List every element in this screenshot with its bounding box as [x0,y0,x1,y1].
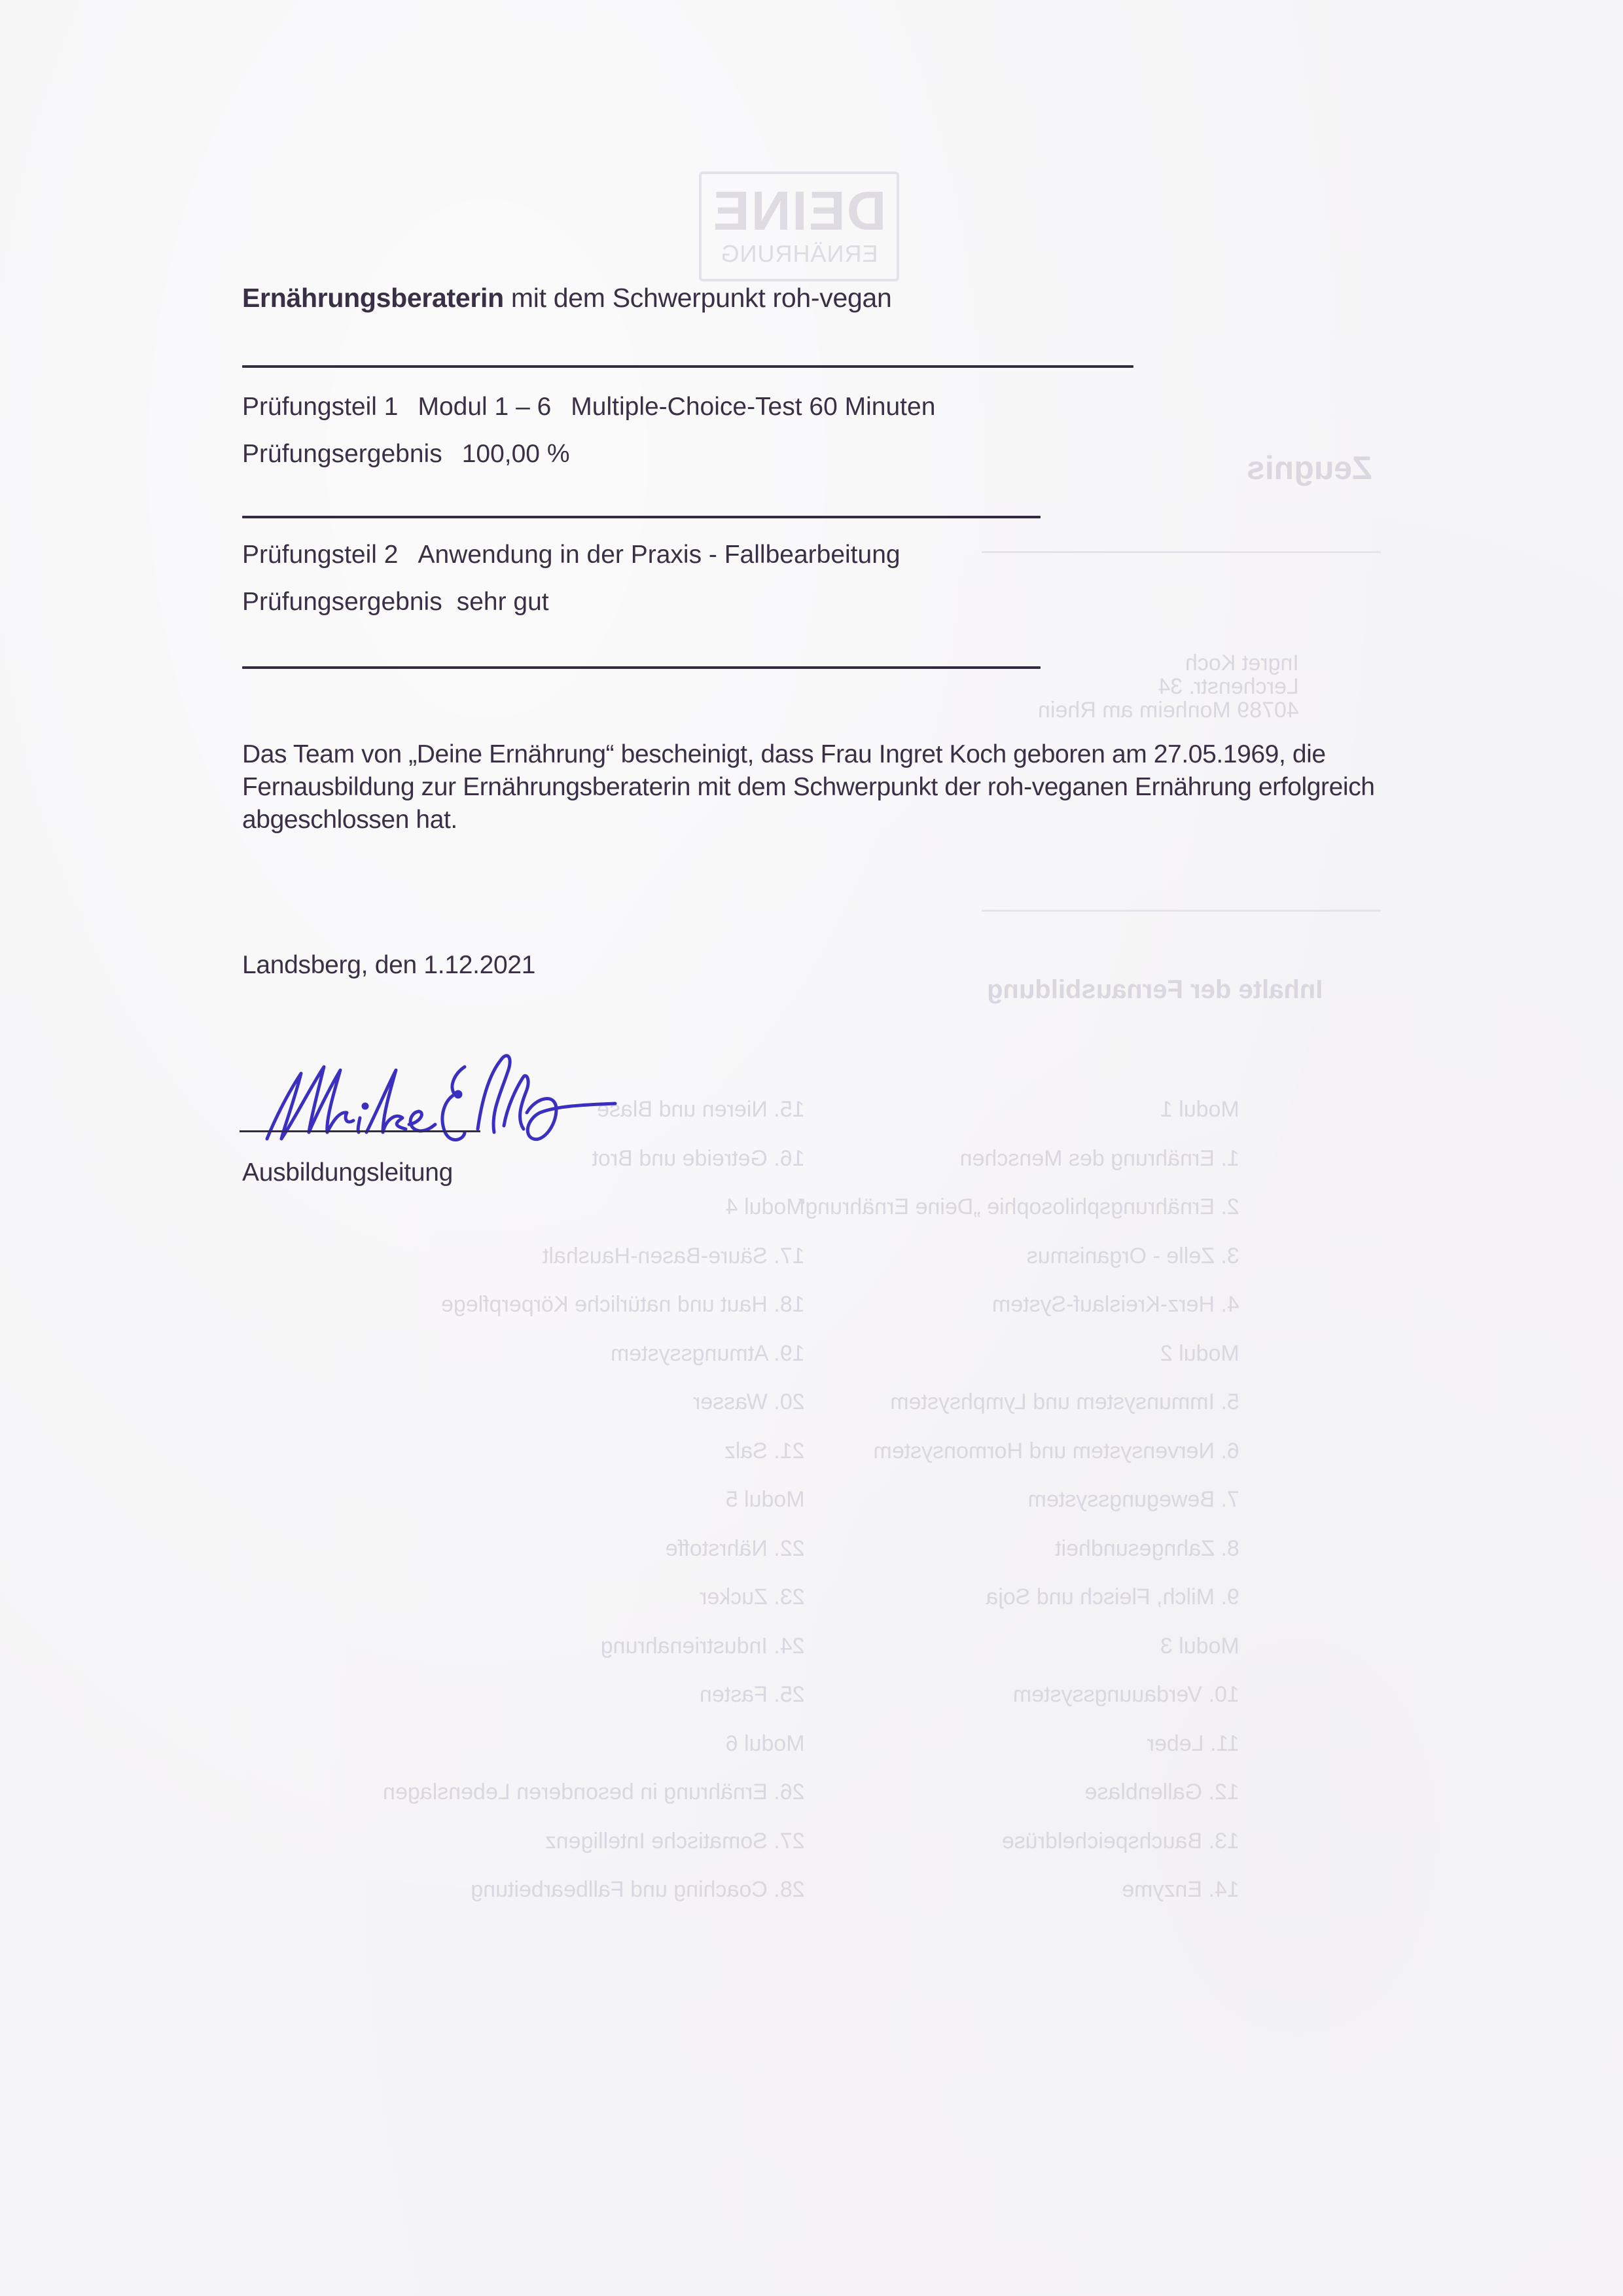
show-through-heading: Zeugnis [1247,449,1372,487]
show-through-list-item: 14. Enzyme [798,1865,1240,1914]
show-through-list-item: 18. Haut und natürliche Körperpflege [383,1280,805,1329]
show-through-logo-line-1: DEINE [702,181,897,241]
show-through-list-item: 23. Zucker [383,1573,805,1622]
certificate-title: Ernährungsberaterin mit dem Schwerpunkt … [242,283,891,314]
show-through-list-item: 3. Zelle - Organismus [798,1232,1240,1281]
show-through-address-line: Lerchenstr. 34 [1038,675,1299,698]
certificate-title-rest: mit dem Schwerpunkt roh-vegan [504,283,892,313]
exam-part-1-label: Prüfungsteil 1 [242,393,398,422]
exam-part-1-result-label: Prüfungsergebnis [242,440,442,469]
place-and-date: Landsberg, den 1.12.2021 [242,951,535,980]
exam-part-2-result-label: Prüfungsergebnis [242,588,442,617]
show-through-list-item: Modul 1 [798,1085,1240,1134]
signature-icon [249,1041,694,1152]
show-through-list-item: Modul 5 [383,1475,805,1524]
show-through-list-item: 4. Herz-Kreislauf-System [798,1280,1240,1329]
show-through-list-item: Modul 6 [383,1719,805,1768]
certificate-statement: Das Team von „Deine Ernährung“ bescheini… [242,738,1394,836]
show-through-list-item: 2. Ernährungsphilosophie „Deine Ernährun… [798,1183,1240,1232]
show-through-list-item: 9. Milch, Fleisch und Soja [798,1573,1240,1622]
exam-part-1-format: Multiple-Choice-Test 60 Minuten [571,393,935,422]
show-through-address-line: Ingret Koch [1038,651,1299,675]
certificate-title-bold: Ernährungsberaterin [242,283,504,313]
exam-part-2-row: Prüfungsteil 2Anwendung in der Praxis - … [242,541,901,569]
show-through-rule [982,551,1381,553]
exam-part-1-result-value: 100,00 % [462,440,570,469]
show-through-address-line: 40789 Monheim am Rhein [1038,698,1299,722]
show-through-list-item: 25. Fasten [383,1670,805,1719]
show-through-list-item: 10. Verdauungssystem [798,1670,1240,1719]
exam-part-1-row: Prüfungsteil 1Modul 1 – 6Multiple-Choice… [242,393,935,422]
show-through-list-item: 20. Wasser [383,1378,805,1427]
show-through-logo-line-2: ERNÄHRUNG [702,241,897,267]
show-through-list-item: Modul 2 [798,1329,1240,1378]
signature-role: Ausbildungsleitung [242,1158,453,1187]
show-through-list-item: Modul 4 [383,1183,805,1232]
show-through-list-item: 13. Bauchspeicheldrüse [798,1817,1240,1866]
exam-part-1-modules: Modul 1 – 6 [418,393,551,422]
exam-part-2-result-value: sehr gut [457,588,549,617]
exam-part-1-result-row: Prüfungsergebnis100,00 % [242,440,570,469]
show-through-list-item: 7. Bewegungssystem [798,1475,1240,1524]
show-through-list-right: 15. Nieren und Blase16. Getreide und Bro… [383,1085,805,1914]
show-through-list-item: 21. Salz [383,1427,805,1476]
show-through-list-item: 1. Ernährung des Menschen [798,1134,1240,1183]
show-through-logo: DEINE ERNÄHRUNG [699,171,899,281]
show-through-list-item: 12. Gallenblase [798,1768,1240,1817]
show-through-list-item: Modul 3 [798,1622,1240,1671]
divider-3 [242,666,1041,669]
exam-part-2-label: Prüfungsteil 2 [242,541,398,569]
show-through-list-item: 26. Ernährung in besonderen Lebenslagen [383,1768,805,1817]
show-through-list-item: 22. Nährstoffe [383,1524,805,1573]
show-through-section-heading: Inhalte der Fernausbildung [987,975,1323,1005]
show-through-list-left: Modul 11. Ernährung des Menschen2. Ernäh… [798,1085,1240,1914]
divider-2 [242,516,1041,518]
show-through-list-item: 6. Nervensystem und Hormonsystem [798,1427,1240,1476]
show-through-list-item: 28. Coaching und Fallbearbeitung [383,1865,805,1914]
signature-line [240,1130,480,1132]
divider-1 [242,365,1133,368]
show-through-list-item: 19. Atmungssystem [383,1329,805,1378]
show-through-list-item: 5. Immunsystem und Lymphsystem [798,1378,1240,1427]
show-through-list-item: 17. Säure-Basen-Haushalt [383,1232,805,1281]
show-through-list-item: 27. Somatische Intelligenz [383,1817,805,1866]
exam-part-2-format: Anwendung in der Praxis - Fallbearbeitun… [418,541,900,569]
show-through-rule-2 [982,910,1381,912]
show-through-list-item: 11. Leber [798,1719,1240,1768]
show-through-list-item: 8. Zahngesundheit [798,1524,1240,1573]
show-through-address: Ingret KochLerchenstr. 3440789 Monheim a… [1038,651,1299,722]
certificate-page: DEINE ERNÄHRUNG Zeugnis Ingret KochLerch… [0,0,1623,2296]
show-through-list-item: 24. Industrienahrung [383,1622,805,1671]
exam-part-2-result-row: Prüfungsergebnissehr gut [242,588,549,617]
